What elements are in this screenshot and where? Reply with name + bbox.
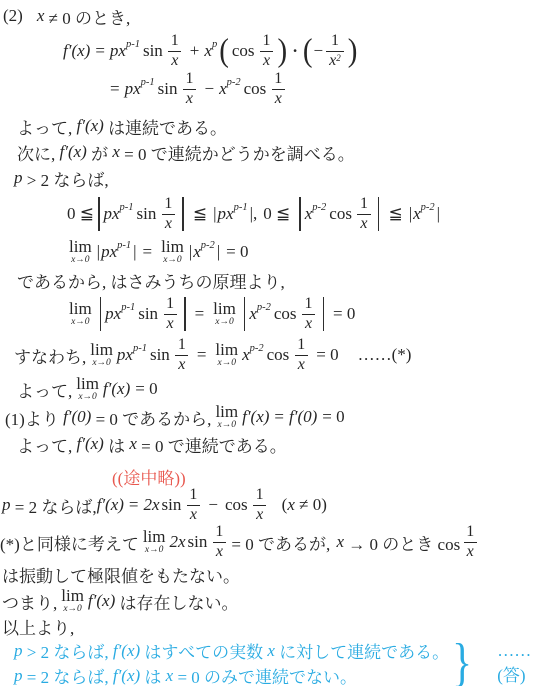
star-analogy-line: (*)と同様に考えて limx→0 2xsin 1x = 0 であるが, x →…: [0, 524, 539, 560]
var-p: p: [2, 495, 11, 515]
var-x: x: [129, 434, 137, 454]
exponent: p-1: [120, 202, 134, 213]
multiply-dot: ·: [292, 41, 298, 61]
text-run: 次に,: [17, 140, 60, 165]
term: px: [101, 242, 117, 262]
fraction: 1x: [294, 336, 308, 374]
var-x: x: [112, 142, 120, 162]
term: px: [110, 41, 126, 61]
f-prime: f′(x): [77, 116, 104, 136]
minus: −: [314, 41, 324, 61]
oscillation-statement: は振動して極限値をもたない。: [2, 562, 539, 586]
equals: =: [274, 407, 284, 427]
solution-page: (2)x ≠ 0 のとき, f′(x)=pxp-1sin 1x +xp (cos…: [0, 0, 539, 686]
limit-of-bounds: limx→0 |pxp-1| = limx→0 |xp-2| = 0: [65, 238, 539, 266]
term: px: [117, 345, 133, 365]
var-x: x: [287, 495, 295, 515]
equals-zero: = 0: [322, 407, 344, 427]
term: x: [204, 41, 212, 61]
text-run: (1)より: [5, 405, 63, 430]
text-run: (*)と同様に考えて: [0, 530, 139, 555]
var-x: x: [37, 6, 45, 26]
sin: sin: [162, 495, 182, 515]
fraction: 1x: [357, 195, 371, 233]
minus: −: [208, 495, 218, 515]
final-answer: p > 2 ならば, f′(x) はすべての実数 x に対して連続である。 p …: [14, 638, 539, 686]
fraction: 1x: [271, 70, 285, 108]
var-p: p: [14, 666, 23, 686]
text-run: よって,: [17, 114, 77, 139]
fraction: 1x2: [326, 32, 344, 70]
text-run: すなわち,: [14, 343, 86, 368]
f-prime: f′(x): [113, 641, 140, 661]
fraction: 1x: [163, 295, 177, 333]
abs-bar: [182, 197, 184, 231]
exponent: p-2: [257, 302, 271, 313]
exponent: p-2: [421, 202, 435, 213]
text-run: > 2 ならば,: [23, 638, 113, 663]
term: x: [413, 204, 421, 224]
fraction: 1x: [161, 195, 175, 233]
term: px: [125, 79, 141, 99]
derivative-formula-line1: f′(x)=pxp-1sin 1x +xp (cos 1x )·(− 1x2 ): [63, 32, 539, 70]
term: 2x: [170, 532, 186, 552]
exponent: 2: [336, 53, 341, 63]
fraction: 1x: [168, 32, 182, 70]
sin: sin: [137, 204, 157, 224]
exponent: p-1: [133, 343, 147, 354]
abs-bar: [100, 297, 102, 331]
abs-bar: [244, 297, 246, 331]
text-run: は連続である。: [104, 114, 227, 139]
text-run: ≠ 0): [295, 495, 327, 515]
term: 2x: [144, 495, 160, 515]
term: x: [193, 242, 201, 262]
right-paren: ): [348, 35, 358, 67]
limit-operator: limx→0: [69, 300, 92, 328]
equals: =: [110, 79, 120, 99]
abs-bar: |: [97, 242, 100, 262]
exponent: p-1: [234, 202, 248, 213]
case-p-eq-2-formula: p = 2 ならば,f′(x)=2xsin 1x −cos 1x (x ≠ 0): [2, 488, 539, 522]
text-run: が: [87, 140, 113, 165]
text-run: よって,: [17, 377, 72, 402]
text-run: = 0 のみで連続でない。: [173, 663, 357, 686]
limit-operator: limx→0: [161, 238, 184, 266]
squeeze-inequalities: 0 ≦ pxp-1sin 1x ≦|pxp-1|, 0 ≦ xp-2cos 1x…: [67, 194, 539, 234]
abs-bar: [184, 297, 186, 331]
exponent: p: [212, 39, 217, 50]
cos: cos: [274, 304, 297, 324]
equals-zero: = 0: [135, 379, 157, 399]
text-run: 0 ≦: [67, 204, 94, 224]
var-p: p: [14, 168, 23, 188]
sin: sin: [143, 41, 163, 61]
limit-does-not-exist: つまり, limx→0 f′(x) は存在しない。: [2, 588, 539, 614]
limit-operator: limx→0: [213, 300, 236, 328]
limit-operator: limx→0: [215, 341, 238, 369]
var-x: x: [336, 532, 344, 552]
abs-bar: |: [133, 242, 136, 262]
leq: ≦: [388, 204, 402, 224]
term: px: [104, 204, 120, 224]
plus: +: [190, 41, 200, 61]
text-run: は存在しない。: [115, 589, 238, 614]
limit-operator: limx→0: [215, 403, 238, 431]
equals: =: [195, 304, 205, 324]
var-x: x: [166, 666, 174, 686]
squeeze-theorem-statement: であるから, はさみうちの原理より,: [17, 268, 539, 292]
exponent: p-1: [121, 302, 135, 313]
part-2-heading: (2)x ≠ 0 のとき,: [3, 4, 539, 28]
f-prime: f′(x): [97, 495, 124, 515]
exponent: p-1: [141, 77, 155, 88]
equals-zero: = 0: [316, 345, 338, 365]
exponent: p-2: [227, 77, 241, 88]
term: x: [219, 79, 227, 99]
abs-bar: |: [213, 204, 216, 224]
f-prime-at-0: f′(0): [63, 407, 91, 427]
text-run: = 2 ならば,: [11, 493, 97, 518]
abs-bar: [378, 197, 380, 231]
abs-bar: [299, 197, 301, 231]
fraction: 1x: [253, 486, 267, 524]
f-prime: f′(x): [242, 407, 269, 427]
answer-case-p-gt-2: p > 2 ならば, f′(x) はすべての実数 x に対して連続である。: [14, 638, 449, 663]
text-run: = 2 ならば,: [23, 663, 113, 686]
f-prime: f′(x): [77, 434, 104, 454]
equals: =: [143, 242, 153, 262]
abs-bar: [323, 297, 325, 331]
statement-continuous: よって, f′(x) は連続である。: [17, 114, 539, 138]
cos: cos: [244, 79, 267, 99]
exponent: p-2: [312, 202, 326, 213]
answer-lines: p > 2 ならば, f′(x) はすべての実数 x に対して連続である。 p …: [14, 638, 449, 686]
star-reference: ……(*): [358, 345, 412, 365]
text-run: であるから, はさみうちの原理より,: [17, 268, 285, 293]
limit-operator: limx→0: [76, 375, 99, 403]
abs-bar: |: [189, 242, 192, 262]
cos: cos: [225, 495, 248, 515]
derivative-formula-line2: =pxp-1sin 1x −xp-2cos 1x: [105, 70, 539, 108]
conclusion-continuous-at-zero: よって, f′(x) は x = 0 で連続である。: [17, 432, 539, 456]
limit-operator: limx→0: [90, 341, 113, 369]
answer-case-p-eq-2: p = 2 ならば, f′(x) は x = 0 のみで連続でない。: [14, 663, 449, 686]
sin: sin: [158, 79, 178, 99]
limit-operator: limx→0: [61, 587, 84, 615]
cos: cos: [232, 41, 255, 61]
text-run: = 0 であるが,: [231, 530, 334, 555]
term: x: [249, 304, 257, 324]
leq: ≦: [193, 204, 207, 224]
sin: sin: [188, 532, 208, 552]
exponent: p-1: [126, 39, 140, 50]
equals-zero: = 0: [226, 242, 248, 262]
fraction: 1x: [302, 295, 316, 333]
right-paren: ): [278, 35, 288, 67]
text-run: は: [140, 663, 166, 686]
term: x: [242, 345, 250, 365]
term: px: [218, 204, 234, 224]
equals: =: [197, 345, 207, 365]
left-paren: (: [219, 35, 229, 67]
abs-bar: |: [217, 242, 220, 262]
fraction: 1x: [212, 523, 226, 561]
answer-label: ……(答): [497, 641, 539, 686]
equals-zero: = 0: [333, 304, 355, 324]
f-prime: f′(x): [103, 379, 130, 399]
fraction: 1x: [175, 336, 189, 374]
equals: =: [129, 495, 139, 515]
abs-bar: [98, 197, 100, 231]
f-prime-at-0: f′(0): [289, 407, 317, 427]
minus: −: [204, 79, 214, 99]
fraction: 1x: [186, 486, 200, 524]
abs-bar: |: [409, 204, 412, 224]
text-run: は振動して極限値をもたない。: [2, 562, 240, 587]
fraction: 1x: [463, 523, 477, 561]
text-run: = 0 で連続である。: [137, 432, 287, 457]
limit-operator: limx→0: [69, 238, 92, 266]
case-p-gt-2: p > 2 ならば,: [14, 166, 539, 190]
text-run: に対して連続である。: [275, 638, 449, 663]
text-run: = 0 であるから,: [91, 405, 211, 430]
sin: sin: [138, 304, 158, 324]
text-run: ≠ 0 のとき,: [44, 4, 130, 29]
exponent: p-2: [250, 343, 264, 354]
text-run: は: [104, 432, 130, 457]
exponent: p-1: [117, 240, 131, 251]
text-run: > 2 ならば,: [23, 166, 109, 191]
text-run: ((途中略)): [112, 464, 186, 489]
f-prime: f′(x): [88, 591, 115, 611]
fraction: 1x: [260, 32, 274, 70]
cos: cos: [329, 204, 352, 224]
text-run: つまり,: [2, 589, 57, 614]
text-run: = 0 で連続かどうかを調べる。: [120, 140, 355, 165]
text-run: 以上より,: [2, 614, 74, 639]
sin: sin: [150, 345, 170, 365]
reference-part1: (1)より f′(0) = 0 であるから, limx→0 f′(x)=f′(0…: [5, 404, 539, 430]
equals: =: [95, 41, 105, 61]
abs-bar: |: [437, 204, 440, 224]
limit-fprime-zero: よって, limx→0 f′(x) = 0: [17, 376, 539, 402]
limit-operator: limx→0: [143, 528, 166, 556]
text-run: → 0 のとき cos: [344, 530, 460, 555]
fraction: 1x: [182, 70, 196, 108]
text-run: よって,: [17, 432, 77, 457]
f-prime: f′(x): [63, 41, 90, 61]
abs-bar: |,: [250, 204, 258, 224]
limit-abs-expressions: limx→0 pxp-1sin 1x = limx→0 xp-2cos 1x =…: [65, 294, 539, 334]
left-paren: (: [303, 35, 313, 67]
term: px: [105, 304, 121, 324]
omission-note: ((途中略)): [112, 464, 539, 488]
text-run: 0 ≦: [263, 204, 290, 224]
cos: cos: [267, 345, 290, 365]
var-x: x: [267, 641, 275, 661]
f-prime: f′(x): [60, 142, 87, 162]
exponent: p-2: [201, 240, 215, 251]
f-prime: f′(x): [113, 666, 140, 686]
statement-check-at-zero: 次に, f′(x) が x = 0 で連続かどうかを調べる。: [17, 140, 539, 164]
star-equation: すなわち, limx→0 pxp-1sin 1x = limx→0 xp-2co…: [14, 336, 539, 374]
part-number: (2): [3, 6, 23, 26]
var-p: p: [14, 641, 23, 661]
answer-brace: }: [452, 637, 472, 686]
text-run: はすべての実数: [140, 638, 267, 663]
